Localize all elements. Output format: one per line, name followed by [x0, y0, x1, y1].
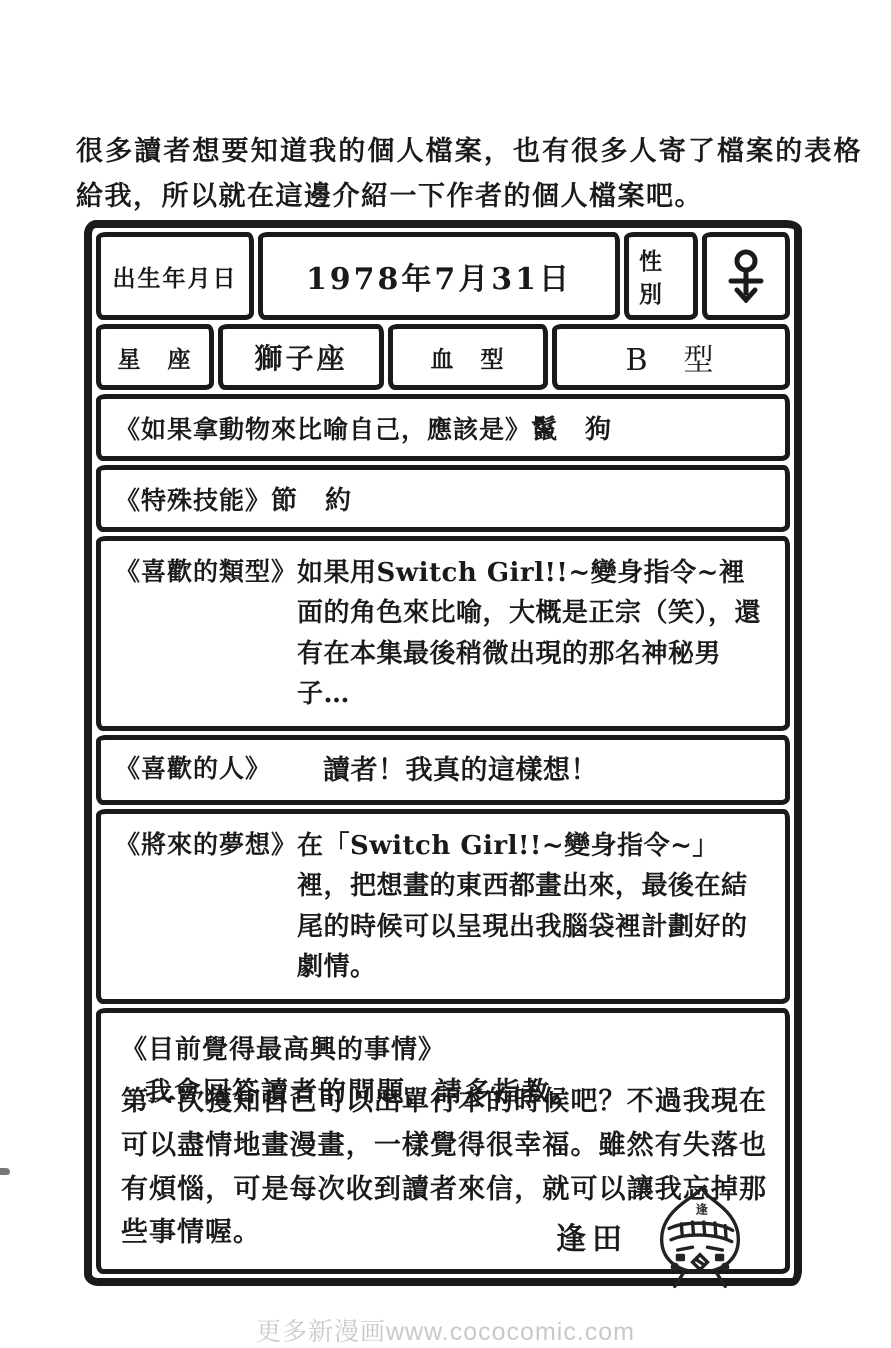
dream-label: 《將來的夢想》: [115, 826, 297, 864]
skill-value: 節 約: [271, 480, 352, 517]
manga-profile-page: { "intro": { "text": "很多讀者想要知道我的個人檔案，也有很…: [0, 0, 891, 1348]
closing-line: 我會回答讀者的問題，請多指教。: [145, 1070, 580, 1109]
watermark-text: 更多新漫画www.cococomic.com: [0, 1312, 891, 1348]
blood-value-cell: B 型: [552, 324, 790, 390]
dream-cell: 《將來的夢想》 在「Switch Girl!!~變身指令~」裡，把想畫的東西都畫…: [96, 809, 790, 1004]
fav-person-cell: 《喜歡的人》 讀者！我真的這樣想！: [96, 735, 790, 805]
animal-cell: 《如果拿動物來比喻自己，應該是》鬣 狗: [96, 394, 790, 461]
female-sign-icon: [724, 249, 768, 303]
profile-table: 出生年月日 1978年7月31日 性別 星 座: [84, 220, 802, 1286]
skill-cell: 《特殊技能》節 約: [96, 465, 790, 532]
birth-value-cell: 1978年7月31日: [258, 232, 620, 320]
zodiac-value: 獅子座: [254, 337, 347, 377]
birth-label-cell: 出生年月日: [96, 232, 254, 320]
fav-person-value: 讀者！我真的這樣想！: [323, 750, 771, 792]
row-zodiac-blood: 星 座 獅子座 血 型 B 型: [96, 324, 790, 390]
row-fav-type: 《喜歡的類型》 如果用Switch Girl!!~變身指令~裡面的角色來比喻，大…: [96, 536, 790, 731]
gender-symbol-cell: [702, 232, 790, 320]
row-birth-gender: 出生年月日 1978年7月31日 性別: [96, 232, 790, 320]
fav-person-label: 《喜歡的人》: [115, 750, 323, 788]
blood-label: 血 型: [431, 341, 506, 374]
scan-smudge: [0, 1168, 10, 1175]
blood-value: B 型: [625, 335, 716, 379]
dream-value: 在「Switch Girl!!~變身指令~」裡，把想畫的東西都畫出來，最後在結尾…: [297, 826, 771, 987]
happiest-label: 《目前覺得最高興的事情》: [121, 1029, 767, 1066]
gender-label: 性別: [639, 243, 683, 309]
fav-type-value: 如果用Switch Girl!!~變身指令~裡面的角色來比喻，大概是正宗（笑），…: [297, 553, 771, 714]
zodiac-label-cell: 星 座: [96, 324, 214, 390]
animal-value: 鬣 狗: [531, 409, 612, 446]
mascot-forehead-mark: 逢: [696, 1202, 709, 1217]
signature-block: 逢田: [556, 1180, 756, 1292]
row-skill: 《特殊技能》節 約: [96, 465, 790, 532]
skill-label: 《特殊技能》: [115, 481, 271, 517]
row-animal: 《如果拿動物來比喻自己，應該是》鬣 狗: [96, 394, 790, 461]
author-name: 逢田: [556, 1214, 628, 1258]
zodiac-value-cell: 獅子座: [218, 324, 384, 390]
animal-label: 《如果拿動物來比喻自己，應該是》: [115, 410, 531, 446]
fav-type-cell: 《喜歡的類型》 如果用Switch Girl!!~變身指令~裡面的角色來比喻，大…: [96, 536, 790, 731]
mascot-doodle-icon: 逢: [644, 1180, 756, 1292]
blood-label-cell: 血 型: [388, 324, 548, 390]
row-dream: 《將來的夢想》 在「Switch Girl!!~變身指令~」裡，把想畫的東西都畫…: [96, 809, 790, 1004]
fav-type-label: 《喜歡的類型》: [115, 553, 297, 591]
intro-paragraph: 很多讀者想要知道我的個人檔案，也有很多人寄了檔案的表格給我，所以就在這邊介紹一下…: [76, 130, 862, 219]
birth-value: 1978年7月31日: [306, 254, 572, 298]
birth-label: 出生年月日: [113, 260, 238, 293]
gender-label-cell: 性別: [624, 232, 698, 320]
zodiac-label: 星 座: [118, 341, 193, 374]
row-fav-person: 《喜歡的人》 讀者！我真的這樣想！: [96, 735, 790, 805]
